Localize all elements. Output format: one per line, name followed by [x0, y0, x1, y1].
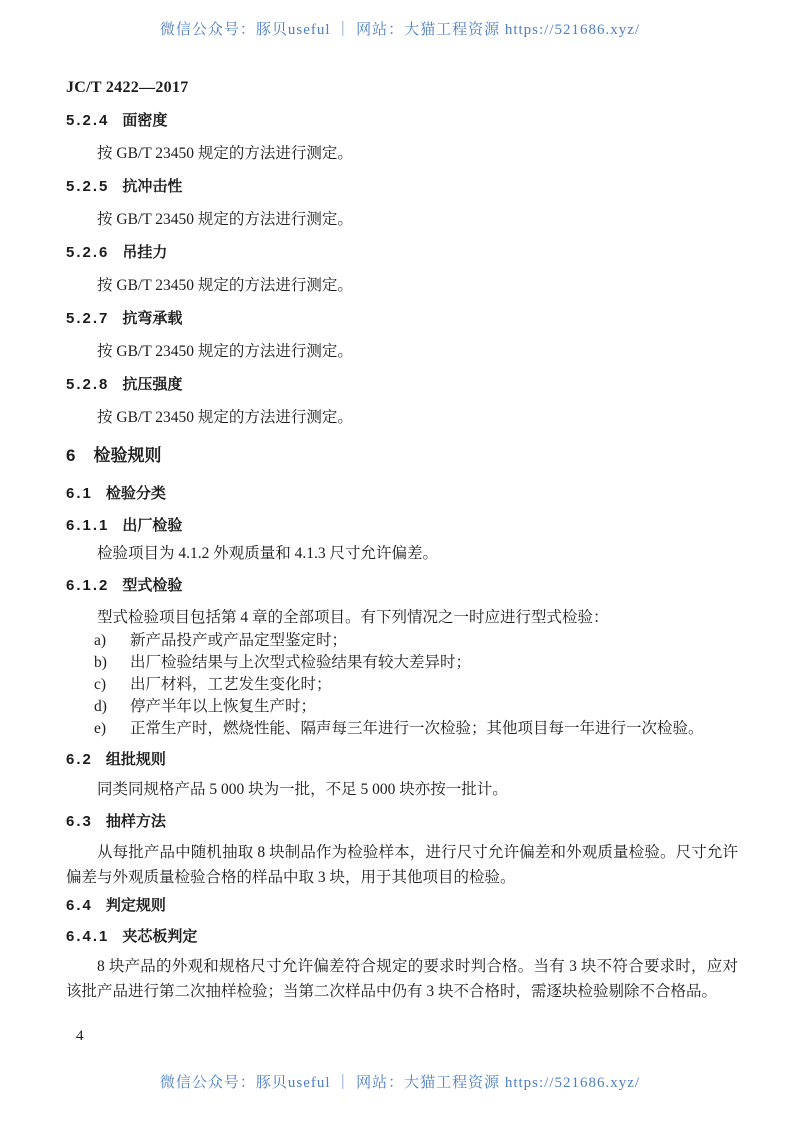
section-title: 吊挂力 — [122, 244, 167, 261]
section-body: 检验项目为 4.1.2 外观质量和 4.1.3 尺寸允许偏差。 — [66, 544, 738, 564]
doc-code: JC/T 2422—2017 — [66, 78, 738, 98]
chapter-title: 检验规则 — [93, 446, 161, 465]
section-number: 6.1.1 — [66, 517, 109, 534]
list-item-label: d) — [94, 696, 130, 718]
list-item-text: 停产半年以上恢复生产时； — [130, 696, 738, 718]
list-item-text: 正常生产时，燃烧性能、隔声每三年进行一次检验；其他项目每一年进行一次检验。 — [130, 718, 738, 740]
list-item-label: a) — [94, 630, 130, 652]
document-page: 微信公众号：豚贝useful ｜ 网站：大猫工程资源 https://52168… — [0, 0, 800, 1123]
section-number: 6.4.1 — [66, 928, 109, 945]
section-number: 5.2.5 — [66, 178, 109, 195]
section-heading-5-2-6: 5.2.6吊挂力 — [66, 243, 738, 263]
page-number: 4 — [76, 1026, 84, 1046]
section-body: 按 GB/T 23450 规定的方法进行测定。 — [66, 342, 738, 362]
section-number: 5.2.8 — [66, 376, 109, 393]
section-title: 抗冲击性 — [122, 178, 182, 195]
section-number: 6.1 — [66, 485, 93, 502]
section-heading-5-2-7: 5.2.7抗弯承载 — [66, 309, 738, 329]
list-item-text: 出厂检验结果与上次型式检验结果有较大差异时； — [130, 652, 738, 674]
list-item-b: b) 出厂检验结果与上次型式检验结果有较大差异时； — [66, 652, 738, 674]
section-heading-5-2-5: 5.2.5抗冲击性 — [66, 177, 738, 197]
section-body: 同类同规格产品 5 000 块为一批，不足 5 000 块亦按一批计。 — [66, 780, 738, 800]
section-heading-6-1: 6.1检验分类 — [66, 484, 738, 504]
section-heading-6-2: 6.2组批规则 — [66, 750, 738, 770]
list-item-d: d) 停产半年以上恢复生产时； — [66, 696, 738, 718]
section-body: 8 块产品的外观和规格尺寸允许偏差符合规定的要求时判合格。当有 3 块不符合要求… — [66, 954, 738, 1004]
section-body: 按 GB/T 23450 规定的方法进行测定。 — [66, 276, 738, 296]
section-body: 按 GB/T 23450 规定的方法进行测定。 — [66, 210, 738, 230]
type-test-conditions-list: a) 新产品投产或产品定型鉴定时； b) 出厂检验结果与上次型式检验结果有较大差… — [66, 630, 738, 740]
section-title: 型式检验 — [122, 577, 182, 594]
section-number: 6.3 — [66, 813, 93, 830]
list-item-label: c) — [94, 674, 130, 696]
section-title: 抗压强度 — [122, 376, 182, 393]
list-item-text: 出厂材料，工艺发生变化时； — [130, 674, 738, 696]
section-intro: 型式检验项目包括第 4 章的全部项目。有下列情况之一时应进行型式检验： — [66, 608, 738, 628]
list-item-e: e) 正常生产时，燃烧性能、隔声每三年进行一次检验；其他项目每一年进行一次检验。 — [66, 718, 738, 740]
section-number: 6.4 — [66, 897, 93, 914]
section-body: 按 GB/T 23450 规定的方法进行测定。 — [66, 144, 738, 164]
section-heading-6-4: 6.4判定规则 — [66, 896, 738, 916]
list-item-label: e) — [94, 718, 130, 740]
section-heading-5-2-8: 5.2.8抗压强度 — [66, 375, 738, 395]
section-heading-6-4-1: 6.4.1夹芯板判定 — [66, 927, 738, 947]
section-title: 出厂检验 — [122, 517, 182, 534]
section-title: 判定规则 — [106, 897, 166, 914]
chapter-heading-6: 6检验规则 — [66, 444, 738, 468]
section-heading-6-1-1: 6.1.1出厂检验 — [66, 516, 738, 536]
section-title: 组批规则 — [106, 751, 166, 768]
watermark-header: 微信公众号：豚贝useful ｜ 网站：大猫工程资源 https://52168… — [0, 18, 800, 39]
list-item-label: b) — [94, 652, 130, 674]
section-number: 5.2.7 — [66, 310, 109, 327]
section-title: 抽样方法 — [106, 813, 166, 830]
section-title: 检验分类 — [106, 485, 166, 502]
list-item-c: c) 出厂材料，工艺发生变化时； — [66, 674, 738, 696]
list-item-text: 新产品投产或产品定型鉴定时； — [130, 630, 738, 652]
section-number: 5.2.4 — [66, 112, 109, 129]
section-heading-6-1-2: 6.1.2型式检验 — [66, 576, 738, 596]
section-number: 5.2.6 — [66, 244, 109, 261]
section-heading-5-2-4: 5.2.4面密度 — [66, 111, 738, 131]
list-item-a: a) 新产品投产或产品定型鉴定时； — [66, 630, 738, 652]
page-content: JC/T 2422—2017 5.2.4面密度 按 GB/T 23450 规定的… — [66, 78, 738, 1004]
chapter-number: 6 — [66, 446, 77, 465]
section-number: 6.1.2 — [66, 577, 109, 594]
section-body: 从每批产品中随机抽取 8 块制品作为检验样本，进行尺寸允许偏差和外观质量检验。尺… — [66, 840, 738, 890]
section-title: 面密度 — [122, 112, 167, 129]
section-title: 夹芯板判定 — [122, 928, 197, 945]
section-body: 按 GB/T 23450 规定的方法进行测定。 — [66, 408, 738, 428]
watermark-footer: 微信公众号：豚贝useful ｜ 网站：大猫工程资源 https://52168… — [0, 1071, 800, 1092]
section-heading-6-3: 6.3抽样方法 — [66, 812, 738, 832]
section-title: 抗弯承载 — [122, 310, 182, 327]
section-number: 6.2 — [66, 751, 93, 768]
